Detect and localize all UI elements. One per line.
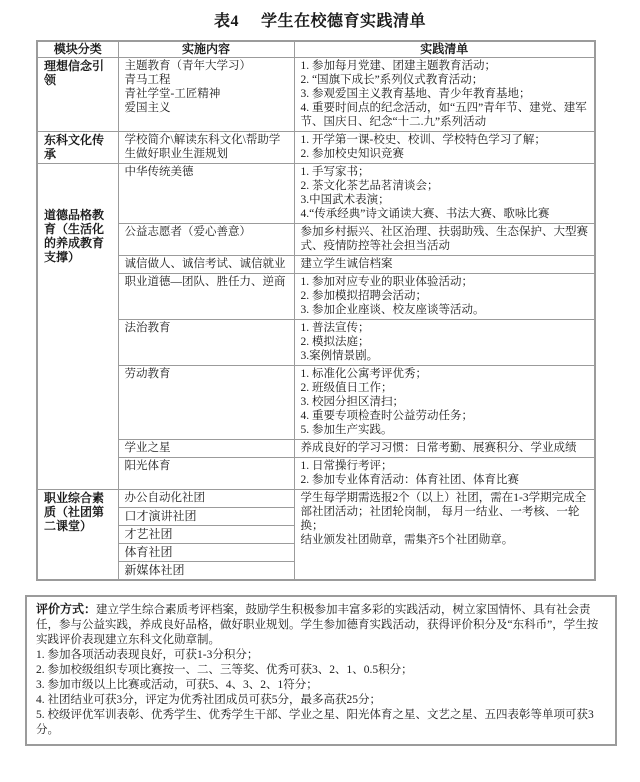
content-cell: 劳动教育 (118, 366, 294, 440)
practice-cell: 1. 普法宣传； 2. 模拟法庭； 3.案例情景剧。 (294, 320, 595, 366)
content-cell: 法治教育 (118, 320, 294, 366)
practice-cell: 建立学生诚信档案 (294, 256, 595, 274)
practice-cell: 1. 参加每月党建、团建主题教育活动； 2. “国旗下成长”系列仪式教育活动； … (294, 58, 595, 132)
club-cell: 体育社团 (118, 544, 294, 562)
evaluation-label: 评价方式： (36, 602, 96, 616)
header-row: 模块分类 实施内容 实践清单 (37, 41, 595, 58)
col-header-content: 实施内容 (118, 41, 294, 58)
table-row: 东科文化传承 学校简介\解读东科文化\帮助学生做好职业生涯规划 1. 开学第一课… (37, 132, 595, 164)
practice-cell: 学生每学期需选报2个（以上）社团，需在1-3学期完成全部社团活动；社团轮岗制， … (294, 490, 595, 581)
module-cell: 道德品格教育（生活化的养成教育支撑） (37, 164, 118, 490)
evaluation-intro: 建立学生综合素质考评档案，鼓励学生积极参加丰富多彩的实践活动，树立家国情怀、具有… (36, 604, 598, 646)
club-cell: 新媒体社团 (118, 562, 294, 581)
evaluation-items: 1. 参加各项活动表现良好，可获1-3分积分； 2. 参加校级组织专项比赛按一、… (36, 648, 606, 738)
content-cell: 公益志愿者（爱心善意） (118, 224, 294, 256)
table-row: 法治教育 1. 普法宣传； 2. 模拟法庭； 3.案例情景剧。 (37, 320, 595, 366)
document-page: 表4学生在校德育实践清单 模块分类 实施内容 实践清单 理想信念引领 主题教育（… (0, 0, 640, 782)
content-cell: 阳光体育 (118, 458, 294, 490)
col-header-practice: 实践清单 (294, 41, 595, 58)
content-cell: 中华传统美德 (118, 164, 294, 224)
page-title: 表4学生在校德育实践清单 (0, 0, 640, 31)
table-row: 学业之星 养成良好的学习习惯：日常考勤、展赛积分、学业成绩 (37, 440, 595, 458)
table-number: 表4 (214, 13, 239, 30)
module-cell: 职业综合素质（社团第二课堂） (37, 490, 118, 581)
table-row: 理想信念引领 主题教育（青年大学习） 青马工程 青社学堂-工匠精神 爱国主义 1… (37, 58, 595, 132)
content-cell: 职业道德—团队、胜任力、逆商 (118, 274, 294, 320)
practice-cell: 1. 手写家书； 2. 茶文化茶艺品茗清谈会； 3.中国武术表演； 4.“传承经… (294, 164, 595, 224)
evaluation-box: 评价方式：建立学生综合素质考评档案，鼓励学生积极参加丰富多彩的实践活动，树立家国… (25, 595, 617, 746)
table-row: 职业道德—团队、胜任力、逆商 1. 参加对应专业的职业体验活动； 2. 参加模拟… (37, 274, 595, 320)
club-cell: 口才演讲社团 (118, 508, 294, 526)
col-header-module: 模块分类 (37, 41, 118, 58)
table-row: 道德品格教育（生活化的养成教育支撑） 中华传统美德 1. 手写家书； 2. 茶文… (37, 164, 595, 224)
content-cell: 主题教育（青年大学习） 青马工程 青社学堂-工匠精神 爱国主义 (118, 58, 294, 132)
table-row: 公益志愿者（爱心善意） 参加乡村振兴、社区治理、扶弱助残、生态保护、大型赛式、疫… (37, 224, 595, 256)
table-title-text: 学生在校德育实践清单 (261, 13, 426, 30)
club-cell: 办公自动化社团 (118, 490, 294, 508)
table-row: 阳光体育 1. 日常操行考评； 2. 参加专业体育活动：体育社团、体育比赛 (37, 458, 595, 490)
table-row: 劳动教育 1. 标准化公寓考评优秀； 2. 班级值日工作； 3. 校园分担区清扫… (37, 366, 595, 440)
table-row: 诚信做人、诚信考试、诚信就业 建立学生诚信档案 (37, 256, 595, 274)
practice-cell: 1. 日常操行考评； 2. 参加专业体育活动：体育社团、体育比赛 (294, 458, 595, 490)
content-cell: 学业之星 (118, 440, 294, 458)
practice-cell: 参加乡村振兴、社区治理、扶弱助残、生态保护、大型赛式、疫情防控等社会担当活动 (294, 224, 595, 256)
content-cell: 学校简介\解读东科文化\帮助学生做好职业生涯规划 (118, 132, 294, 164)
table-row: 职业综合素质（社团第二课堂） 办公自动化社团 学生每学期需选报2个（以上）社团，… (37, 490, 595, 508)
practice-table: 模块分类 实施内容 实践清单 理想信念引领 主题教育（青年大学习） 青马工程 青… (36, 40, 596, 581)
practice-cell: 养成良好的学习习惯：日常考勤、展赛积分、学业成绩 (294, 440, 595, 458)
practice-cell: 1. 标准化公寓考评优秀； 2. 班级值日工作； 3. 校园分担区清扫； 4. … (294, 366, 595, 440)
module-cell: 东科文化传承 (37, 132, 118, 164)
practice-cell: 1. 参加对应专业的职业体验活动； 2. 参加模拟招聘会活动； 3. 参加企业座… (294, 274, 595, 320)
club-cell: 才艺社团 (118, 526, 294, 544)
practice-cell: 1. 开学第一课-校史、校训、学校特色学习了解； 2. 参加校史知识竞赛 (294, 132, 595, 164)
module-cell: 理想信念引领 (37, 58, 118, 132)
content-cell: 诚信做人、诚信考试、诚信就业 (118, 256, 294, 274)
